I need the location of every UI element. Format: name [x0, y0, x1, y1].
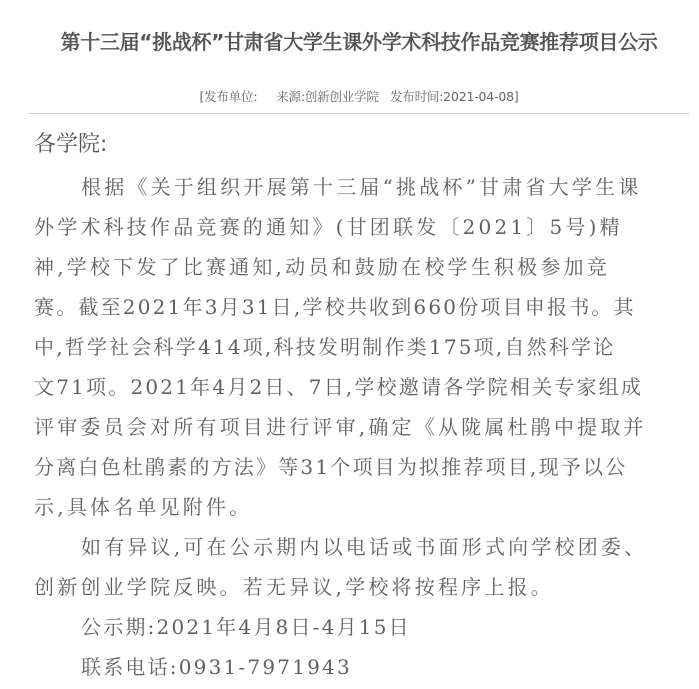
salutation: 各学院: — [34, 130, 107, 160]
paragraph-objection: 如有异议,可在公示期内以电话或书面形式向学校团委、 创新创业学院反映。若无异议,… — [34, 527, 694, 607]
body-line: 外学术科技作品竞赛的通知》(甘团联发〔2021〕5号)精 — [34, 207, 694, 247]
article-body: 根据《关于组织开展第十三届“挑战杯”甘肃省大学生课 外学术科技作品竞赛的通知》(… — [34, 167, 694, 687]
body-line: 如有异议,可在公示期内以电话或书面形式向学校团委、 — [34, 527, 694, 567]
body-line: 文71项。2021年4月2日、7日,学校邀请各学院相关专家组成 — [34, 367, 694, 407]
page-title: 第十三届“挑战杯”甘肃省大学生课外学术科技作品竞赛推荐项目公示 — [0, 27, 699, 57]
body-line: 根据《关于组织开展第十三届“挑战杯”甘肃省大学生课 — [34, 167, 694, 207]
body-line: 示,具体名单见附件。 — [34, 487, 694, 527]
body-line: 创新创业学院反映。若无异议,学校将按程序上报。 — [34, 567, 694, 607]
body-line: 神,学校下发了比赛通知,动员和鼓励在校学生积极参加竞 — [34, 247, 694, 287]
contact-phone: 联系电话:0931-7971943 — [34, 647, 694, 687]
header-divider — [29, 113, 689, 114]
body-line: 赛。截至2021年3月31日,学校共收到660份项目申报书。其 — [34, 287, 694, 327]
body-line: 评审委员会对所有项目进行评审,确定《从陇属杜鹃中提取并 — [34, 407, 694, 447]
publicity-period: 公示期:2021年4月8日-4月15日 — [34, 607, 694, 647]
article-meta: [发布单位: 来源:创新创业学院 发布时间:2021-04-08] — [0, 88, 699, 106]
body-line: 分离白色杜鹃素的方法》等31个项目为拟推荐项目,现予以公 — [34, 447, 694, 487]
body-line: 中,哲学社会科学414项,科技发明制作类175项,自然科学论 — [34, 327, 694, 367]
paragraph-announcement: 根据《关于组织开展第十三届“挑战杯”甘肃省大学生课 外学术科技作品竞赛的通知》(… — [34, 167, 694, 527]
